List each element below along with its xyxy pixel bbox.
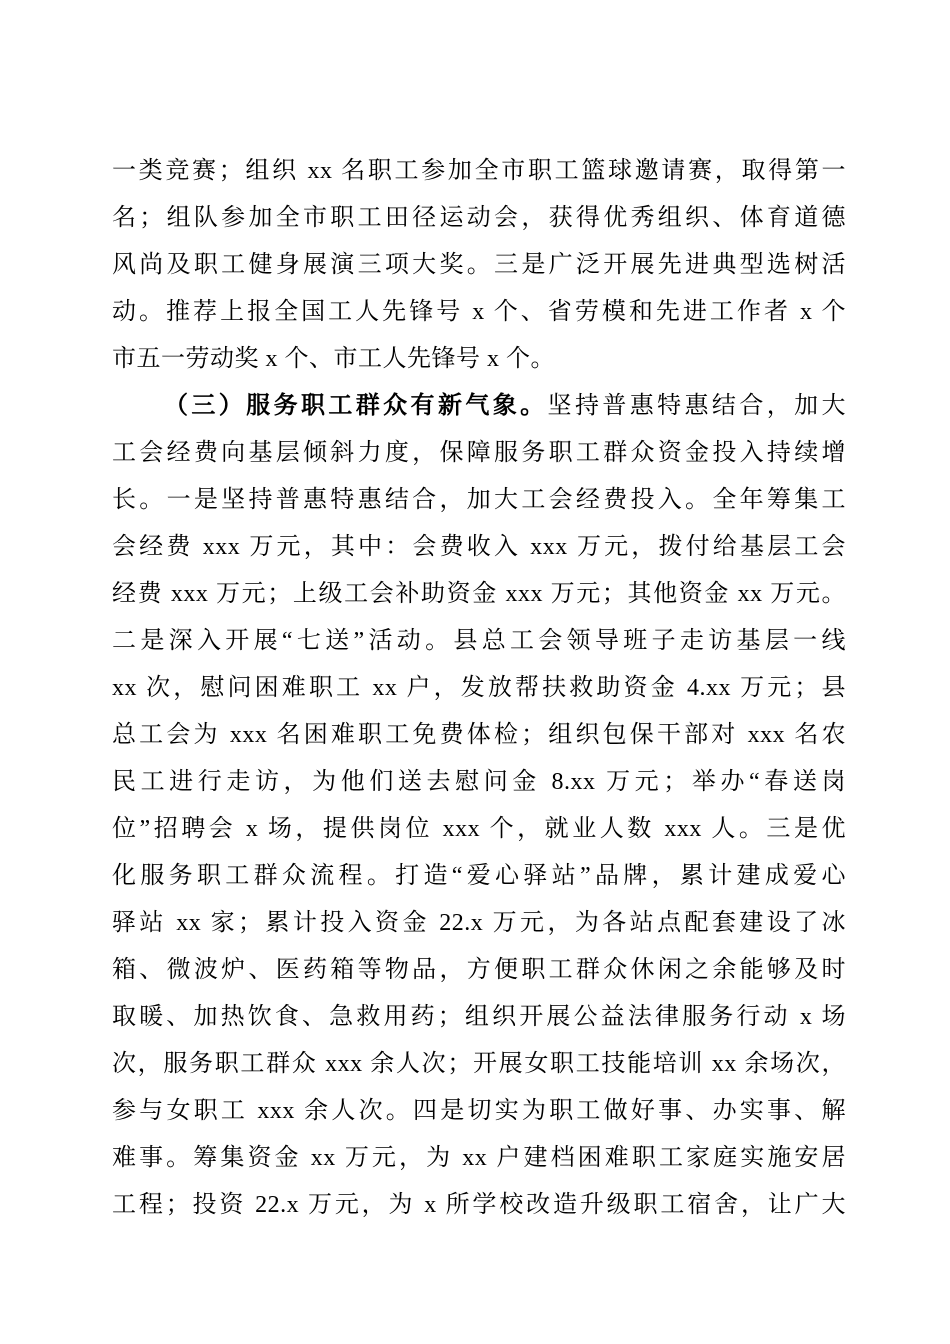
text-line: 工会经费向基层倾斜力度，保障服务职工群众资金投入持续增 xyxy=(112,430,846,477)
text-line: 二是深入开展“七送”活动。县总工会领导班子走访基层一线 xyxy=(112,618,846,665)
body-text: 名；组队参加全市职工田径运动会，获得优秀组织、体育道德 xyxy=(112,205,846,231)
text-line: 参与女职工 xxx 余人次。四是切实为职工做好事、办实事、解 xyxy=(112,1088,846,1135)
body-text: 坚持普惠特惠结合，加大 xyxy=(548,393,846,419)
text-line: 工程；投资 22.x 万元，为 x 所学校改造升级职工宿舍，让广大 xyxy=(112,1182,846,1229)
body-text: 动。推荐上报全国工人先锋号 x 个、省劳模和先进工作者 x 个 xyxy=(112,299,846,325)
body-text: 箱、微波炉、医药箱等物品，方便职工群众休闲之余能够及时 xyxy=(112,957,846,983)
body-text: 民工进行走访，为他们送去慰问金 8.xx 万元；举办“春送岗 xyxy=(112,769,846,795)
body-text: 工会经费向基层倾斜力度，保障服务职工群众资金投入持续增 xyxy=(112,440,846,466)
text-line: 箱、微波炉、医药箱等物品，方便职工群众休闲之余能够及时 xyxy=(112,947,846,994)
text-line: 风尚及职工健身展演三项大奖。三是广泛开展先进典型选树活 xyxy=(112,242,846,289)
body-text: 工程；投资 22.x 万元，为 x 所学校改造升级职工宿舍，让广大 xyxy=(112,1192,846,1218)
body-text: 会经费 xxx 万元，其中：会费收入 xxx 万元，拨付给基层工会 xyxy=(112,534,846,560)
body-text: 经费 xxx 万元；上级工会补助资金 xxx 万元；其他资金 xx 万元。 xyxy=(112,581,846,607)
body-text: 总工会为 xxx 名困难职工免费体检；组织包保干部对 xxx 名农 xyxy=(112,722,846,748)
body-text: 长。一是坚持普惠特惠结合，加大工会经费投入。全年筹集工 xyxy=(112,487,846,513)
text-line: xx 次，慰问困难职工 xx 户，发放帮扶救助资金 4.xx 万元；县 xyxy=(112,665,846,712)
body-text: 一类竞赛；组织 xx 名职工参加全市职工篮球邀请赛，取得第一 xyxy=(112,158,846,184)
text-line: 名；组队参加全市职工田径运动会，获得优秀组织、体育道德 xyxy=(112,195,846,242)
document-page: 一类竞赛；组织 xx 名职工参加全市职工篮球邀请赛，取得第一名；组队参加全市职工… xyxy=(0,0,950,1344)
text-line: 化服务职工群众流程。打造“爱心驿站”品牌，累计建成爱心 xyxy=(112,853,846,900)
text-line: 民工进行走访，为他们送去慰问金 8.xx 万元；举办“春送岗 xyxy=(112,759,846,806)
document-body: 一类竞赛；组织 xx 名职工参加全市职工篮球邀请赛，取得第一名；组队参加全市职工… xyxy=(112,148,846,1229)
text-line: 难事。筹集资金 xx 万元，为 xx 户建档困难职工家庭实施安居 xyxy=(112,1135,846,1182)
body-text: 驿站 xx 家；累计投入资金 22.x 万元，为各站点配套建设了冰 xyxy=(112,910,846,936)
text-line: 一类竞赛；组织 xx 名职工参加全市职工篮球邀请赛，取得第一 xyxy=(112,148,846,195)
body-text: 难事。筹集资金 xx 万元，为 xx 户建档困难职工家庭实施安居 xyxy=(112,1145,846,1171)
text-line: 总工会为 xxx 名困难职工免费体检；组织包保干部对 xxx 名农 xyxy=(112,712,846,759)
body-text: 参与女职工 xxx 余人次。四是切实为职工做好事、办实事、解 xyxy=(112,1098,846,1124)
body-text: xx 次，慰问困难职工 xx 户，发放帮扶救助资金 4.xx 万元；县 xyxy=(112,675,846,701)
text-line: 取暖、加热饮食、急救用药；组织开展公益法律服务行动 x 场 xyxy=(112,994,846,1041)
text-line: 次，服务职工群众 xxx 余人次；开展女职工技能培训 xx 余场次， xyxy=(112,1041,846,1088)
body-text: 风尚及职工健身展演三项大奖。三是广泛开展先进典型选树活 xyxy=(112,252,846,278)
text-line: 市五一劳动奖 x 个、市工人先锋号 x 个。 xyxy=(112,336,846,383)
body-text: 化服务职工群众流程。打造“爱心驿站”品牌，累计建成爱心 xyxy=(112,863,846,889)
body-text: 取暖、加热饮食、急救用药；组织开展公益法律服务行动 x 场 xyxy=(112,1004,846,1030)
text-line: 会经费 xxx 万元，其中：会费收入 xxx 万元，拨付给基层工会 xyxy=(112,524,846,571)
text-line: 位”招聘会 x 场，提供岗位 xxx 个，就业人数 xxx 人。三是优 xyxy=(112,806,846,853)
body-text: 市五一劳动奖 x 个、市工人先锋号 x 个。 xyxy=(112,346,555,372)
text-line: 动。推荐上报全国工人先锋号 x 个、省劳模和先进工作者 x 个 xyxy=(112,289,846,336)
body-text: 二是深入开展“七送”活动。县总工会领导班子走访基层一线 xyxy=(112,628,846,654)
text-line: 驿站 xx 家；累计投入资金 22.x 万元，为各站点配套建设了冰 xyxy=(112,900,846,947)
text-line: 经费 xxx 万元；上级工会补助资金 xxx 万元；其他资金 xx 万元。 xyxy=(112,571,846,618)
body-text: 位”招聘会 x 场，提供岗位 xxx 个，就业人数 xxx 人。三是优 xyxy=(112,816,846,842)
body-text: 次，服务职工群众 xxx 余人次；开展女职工技能培训 xx 余场次， xyxy=(112,1051,846,1077)
text-line: 长。一是坚持普惠特惠结合，加大工会经费投入。全年筹集工 xyxy=(112,477,846,524)
section-heading: （三）服务职工群众有新气象。 xyxy=(164,393,548,419)
text-line: （三）服务职工群众有新气象。坚持普惠特惠结合，加大 xyxy=(112,383,846,430)
